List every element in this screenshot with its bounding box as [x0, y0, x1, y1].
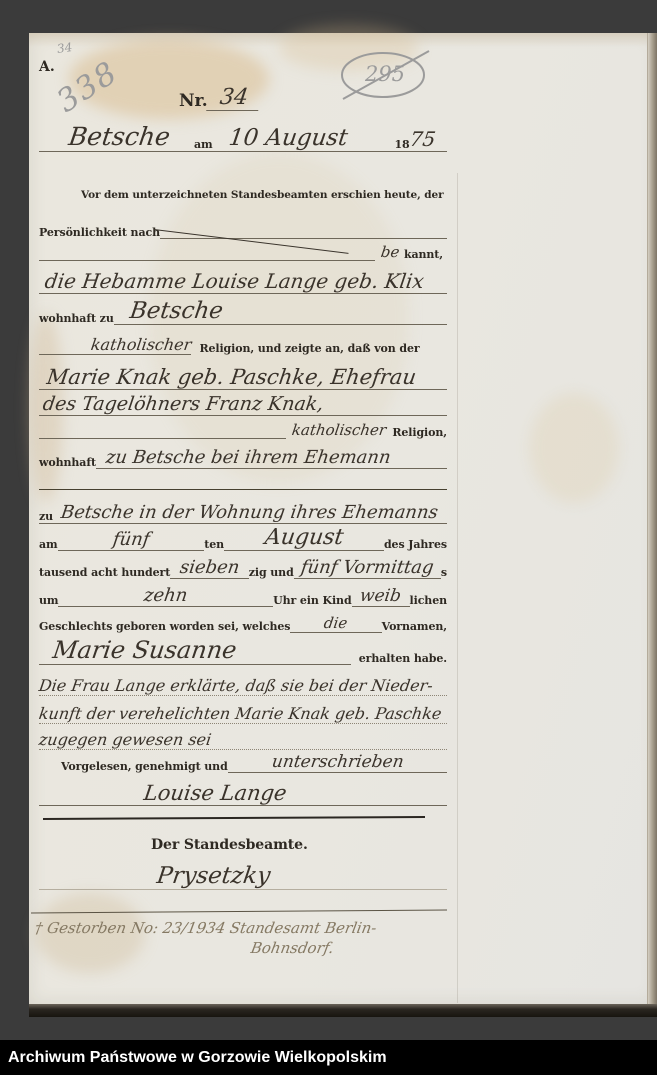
uhr-kind-label: Uhr ein Kind [273, 594, 351, 607]
form-row-statement-2: kunft der verehelichten Marie Knak geb. … [39, 695, 447, 724]
archive-caption: Archiwum Państwowe w Gorzowie Wielkopols… [0, 1049, 387, 1067]
father-written: des Tagelöhners Franz Knak, [41, 393, 325, 415]
die-underline: die [290, 614, 381, 633]
residence2-underline: zu Betsche bei ihrem Ehemann [96, 447, 447, 469]
religion1-written: katholischer [90, 335, 193, 354]
statement-line1: Die Frau Lange erklärte, daß sie bei der… [38, 676, 434, 695]
religion2-printed: Religion, [392, 426, 447, 439]
hour-underline: zehn [58, 585, 273, 607]
statement-line3: zugegen gewesen sei [38, 730, 213, 749]
gender-suffix-label: lichen [410, 594, 447, 607]
bekannt-written-prefix: be [380, 243, 401, 261]
names-underline: Marie Susanne [39, 636, 351, 665]
day-written: fünf [111, 529, 150, 550]
official-label: Der Standesbeamte. [151, 837, 308, 853]
page-bottom-edge [29, 1004, 657, 1017]
signature-official: Prysetzky [155, 863, 272, 889]
form-row-birthtime: um zehn Uhr ein Kind weib lichen [39, 579, 447, 607]
year-printed3: s [441, 566, 447, 579]
residence1-underline: Betsche [114, 298, 447, 325]
paper-crease [457, 173, 458, 1003]
unterschrieben-written: unterschrieben [270, 752, 404, 772]
vornamen-label: Vornamen, [382, 620, 447, 633]
religion2-written: katholischer [291, 421, 388, 439]
intro-printed: Vor dem unterzeichneten Standesbeamten e… [81, 189, 444, 201]
form-row-religion2: katholischer Religion, [39, 413, 447, 439]
year-underline1: sieben [170, 557, 249, 579]
statement-line2: kunft der verehelichten Marie Knak geb. … [38, 704, 443, 723]
year-printed1: tausend acht hundert [39, 566, 170, 579]
religion1-underline: katholischer [39, 335, 191, 355]
date-written: 10 August [227, 125, 349, 151]
year-written: 75 [408, 127, 437, 151]
unterschrieben-underline: unterschrieben [228, 752, 447, 773]
form-row-statement-1: Die Frau Lange erklärte, daß sie bei der… [39, 667, 447, 696]
year-underline2: fünf Vormittag [294, 557, 441, 579]
form-row-nr: Nr. 34 [179, 83, 260, 111]
form-row-closing: Vorgelesen, genehmigt und unterschrieben [39, 749, 447, 773]
des-jahres-label: des Jahres [384, 538, 447, 551]
form-row-father: des Tagelöhners Franz Knak, [39, 385, 447, 416]
identity-printed: Persönlichkeit nach [39, 226, 160, 239]
form-row-blank [39, 469, 447, 490]
year-printed: 18 [394, 138, 409, 151]
gender-underline: weib [352, 586, 410, 607]
form-row-birthplace: zu Betsche in der Wohnung ihres Ehemanns [39, 491, 447, 524]
form-row-residence2: wohnhaft zu Betsche bei ihrem Ehemann [39, 439, 447, 469]
pencil-number-large: 338 [50, 54, 124, 120]
ten-label: ten [204, 538, 224, 551]
document-page: 34 A. 338 295 Nr. 34 Betsche am 10 Augus… [29, 33, 657, 1004]
death-note-line1: † Gestorben No: 23/1934 Standesamt Berli… [33, 919, 378, 937]
hour-written: zehn [143, 585, 189, 606]
form-row-death-note-2: Bohnsdorf. [39, 937, 447, 957]
form-row-statement-3: zugegen gewesen sei [39, 723, 447, 750]
zu-label: zu [39, 510, 53, 523]
religion1-printed: Religion, und zeigte an, daß von der [199, 342, 419, 355]
form-row-birthyear: tausend acht hundert sieben zig und fünf… [39, 551, 447, 579]
die-written: die [323, 614, 349, 632]
nr-label: Nr. [179, 91, 208, 111]
am-label: am [194, 138, 213, 151]
year-written2: fünf Vormittag [300, 557, 436, 578]
form-row-declarant: die Hebamme Louise Lange geb. Klix [39, 261, 447, 294]
year-written1: sieben [178, 557, 240, 578]
book-fore-edge [647, 33, 657, 1004]
form-row-birthdate: am fünf ten August des Jahres [39, 523, 447, 551]
year-printed2: zig und [249, 566, 294, 579]
birthplace-written: Betsche in der Wohnung ihres Ehemanns [60, 502, 440, 523]
form-row-signature-official: Prysetzky [39, 855, 447, 890]
gender-written: weib [359, 586, 403, 606]
place-written: Betsche [67, 122, 172, 151]
pencil-number-top: 34 [56, 40, 73, 56]
form-row-dateline: Betsche am 10 August 18 75 [39, 117, 447, 152]
corner-letter: A. [39, 59, 55, 75]
declarant-written: die Hebamme Louise Lange geb. Klix [43, 269, 425, 293]
day-underline: fünf [58, 529, 205, 551]
form-row-religion1: katholischer Religion, und zeigte an, da… [39, 327, 447, 355]
wohnhaft-zu-label: wohnhaft zu [39, 312, 114, 325]
form-row-bekannt: be kannt, [39, 239, 447, 261]
child-names-written: Marie Susanne [51, 636, 238, 664]
thin-rule [31, 910, 447, 914]
pencil-circled-number: 295 [339, 49, 431, 103]
vorgelesen-label: Vorgelesen, genehmigt und [61, 760, 228, 773]
signature-declarant: Louise Lange [142, 781, 288, 805]
paper-stain [529, 393, 619, 503]
month-underline: August [224, 525, 384, 551]
form-row-residence1: wohnhaft zu Betsche [39, 293, 447, 325]
wohnhaft-label: wohnhaft [39, 456, 96, 469]
residence1-written: Betsche [128, 298, 225, 324]
am2-label: am [39, 538, 58, 551]
erhalten-label: erhalten habe. [359, 652, 447, 665]
form-row-signature-declarant: Louise Lange [39, 773, 447, 806]
month-written: August [263, 525, 345, 550]
um-label: um [39, 594, 58, 607]
residence2-written: zu Betsche bei ihrem Ehemann [104, 447, 392, 468]
form-row-intro: Vor dem unterzeichneten Standesbeamten e… [39, 185, 447, 201]
death-note-line2: Bohnsdorf. [249, 939, 335, 957]
bekannt-printed: kannt, [404, 248, 443, 261]
archive-caption-bar: Archiwum Państwowe w Gorzowie Wielkopols… [0, 1040, 657, 1075]
heavy-rule [43, 816, 425, 820]
form-row-identity: Persönlichkeit nach [39, 215, 447, 239]
form-row-death-note-1: † Gestorben No: 23/1934 Standesamt Berli… [39, 915, 447, 937]
geschlechts-printed: Geschlechts geboren worden sei, welches [39, 620, 290, 633]
form-row-official-label: Der Standesbeamte. [39, 833, 447, 853]
form-row-child-names: Marie Susanne erhalten habe. [39, 633, 447, 665]
form-row-names-intro: Geschlechts geboren worden sei, welches … [39, 607, 447, 633]
circled-number-value: 295 [339, 49, 431, 99]
nr-value: 34 [206, 85, 262, 111]
